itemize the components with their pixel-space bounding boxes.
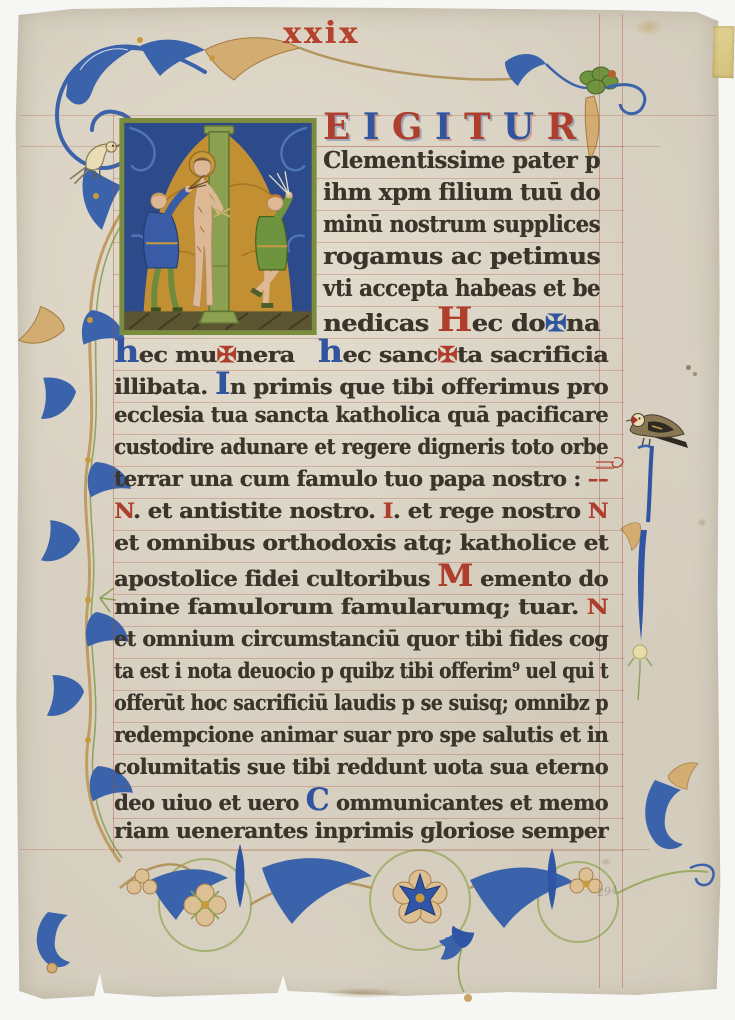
text-line: columitatis sue tibi reddunt uota sua et… [114,753,608,785]
tape-repair [712,26,734,79]
ruling-line-vertical [622,14,623,988]
text-line: ihm xpm filium tuū do [323,177,600,209]
text-line: custodire adunare et regere digneris tot… [114,433,608,465]
folio-number: xxix [283,16,363,51]
flagellation-miniature-illustration [117,118,319,335]
text-line: terrar una cum famulo tuo papa nostro : … [114,465,608,497]
text-line: offerūt hoc sacrificiū laudis p se suisq… [114,689,608,721]
ruling-line [20,849,650,850]
text-line: hec mu✠nera hec sanc✠ta sacrificia [114,337,608,369]
initial-T-miniature [117,118,319,335]
text-line: N. et antistite nostro. I. et rege nostr… [114,497,608,529]
text-line: redempcione animar suar pro spe salutis … [114,721,608,753]
text-line: riam uenerantes inprimis gloriose semper [114,817,608,849]
text-line: ecclesia tua sancta katholica quā pacifi… [114,401,608,433]
text-line: nedicas Hec do✠na [323,305,600,337]
text-line: Clementissime pater p [323,145,600,177]
heading-te-igitur: E I G I T U R [323,108,589,148]
manuscript-page: xxix [0,0,735,1020]
text-line: rogamus ac petimus [323,241,600,273]
text-line: et omnibus orthodoxis atq; katholice et [114,529,608,561]
text-line: mine famulorum famularumq; tuar. N [114,593,608,625]
text-line: minū nostrum supplices [323,209,600,241]
text-line: ta est i nota deuocio p quibz tibi offer… [114,657,608,689]
text-line: deo uiuo et uero C ommunicantes et memo [114,785,608,817]
text-line: et omnium circumstanciū quor tibi fides … [114,625,608,657]
text-line: illibata. In primis que tibi offerimus p… [114,369,608,401]
text-line: apostolice fidei cultoribus M emento do [114,561,608,593]
